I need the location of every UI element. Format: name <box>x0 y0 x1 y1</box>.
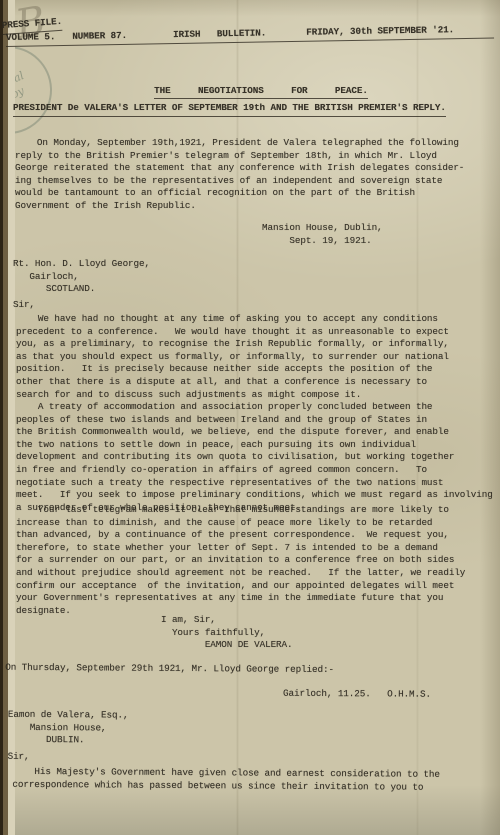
reply-paragraph: His Majesty's Government have given clos… <box>12 766 440 794</box>
reply-salutation: Sir, <box>8 751 30 764</box>
document-page: B Official Copy PRESS FILE. VOLUME 5. NU… <box>0 0 500 835</box>
reply-section: On Thursday, September 29th 1921, Mr. Ll… <box>0 0 500 835</box>
reply-transition: On Thursday, September 29th 1921, Mr. Ll… <box>5 662 334 677</box>
reply-recipient: Eamon de Valera, Esq., Mansion House, DU… <box>8 709 129 748</box>
reply-origin: Gairloch, 11.25. O.H.M.S. <box>283 688 431 702</box>
